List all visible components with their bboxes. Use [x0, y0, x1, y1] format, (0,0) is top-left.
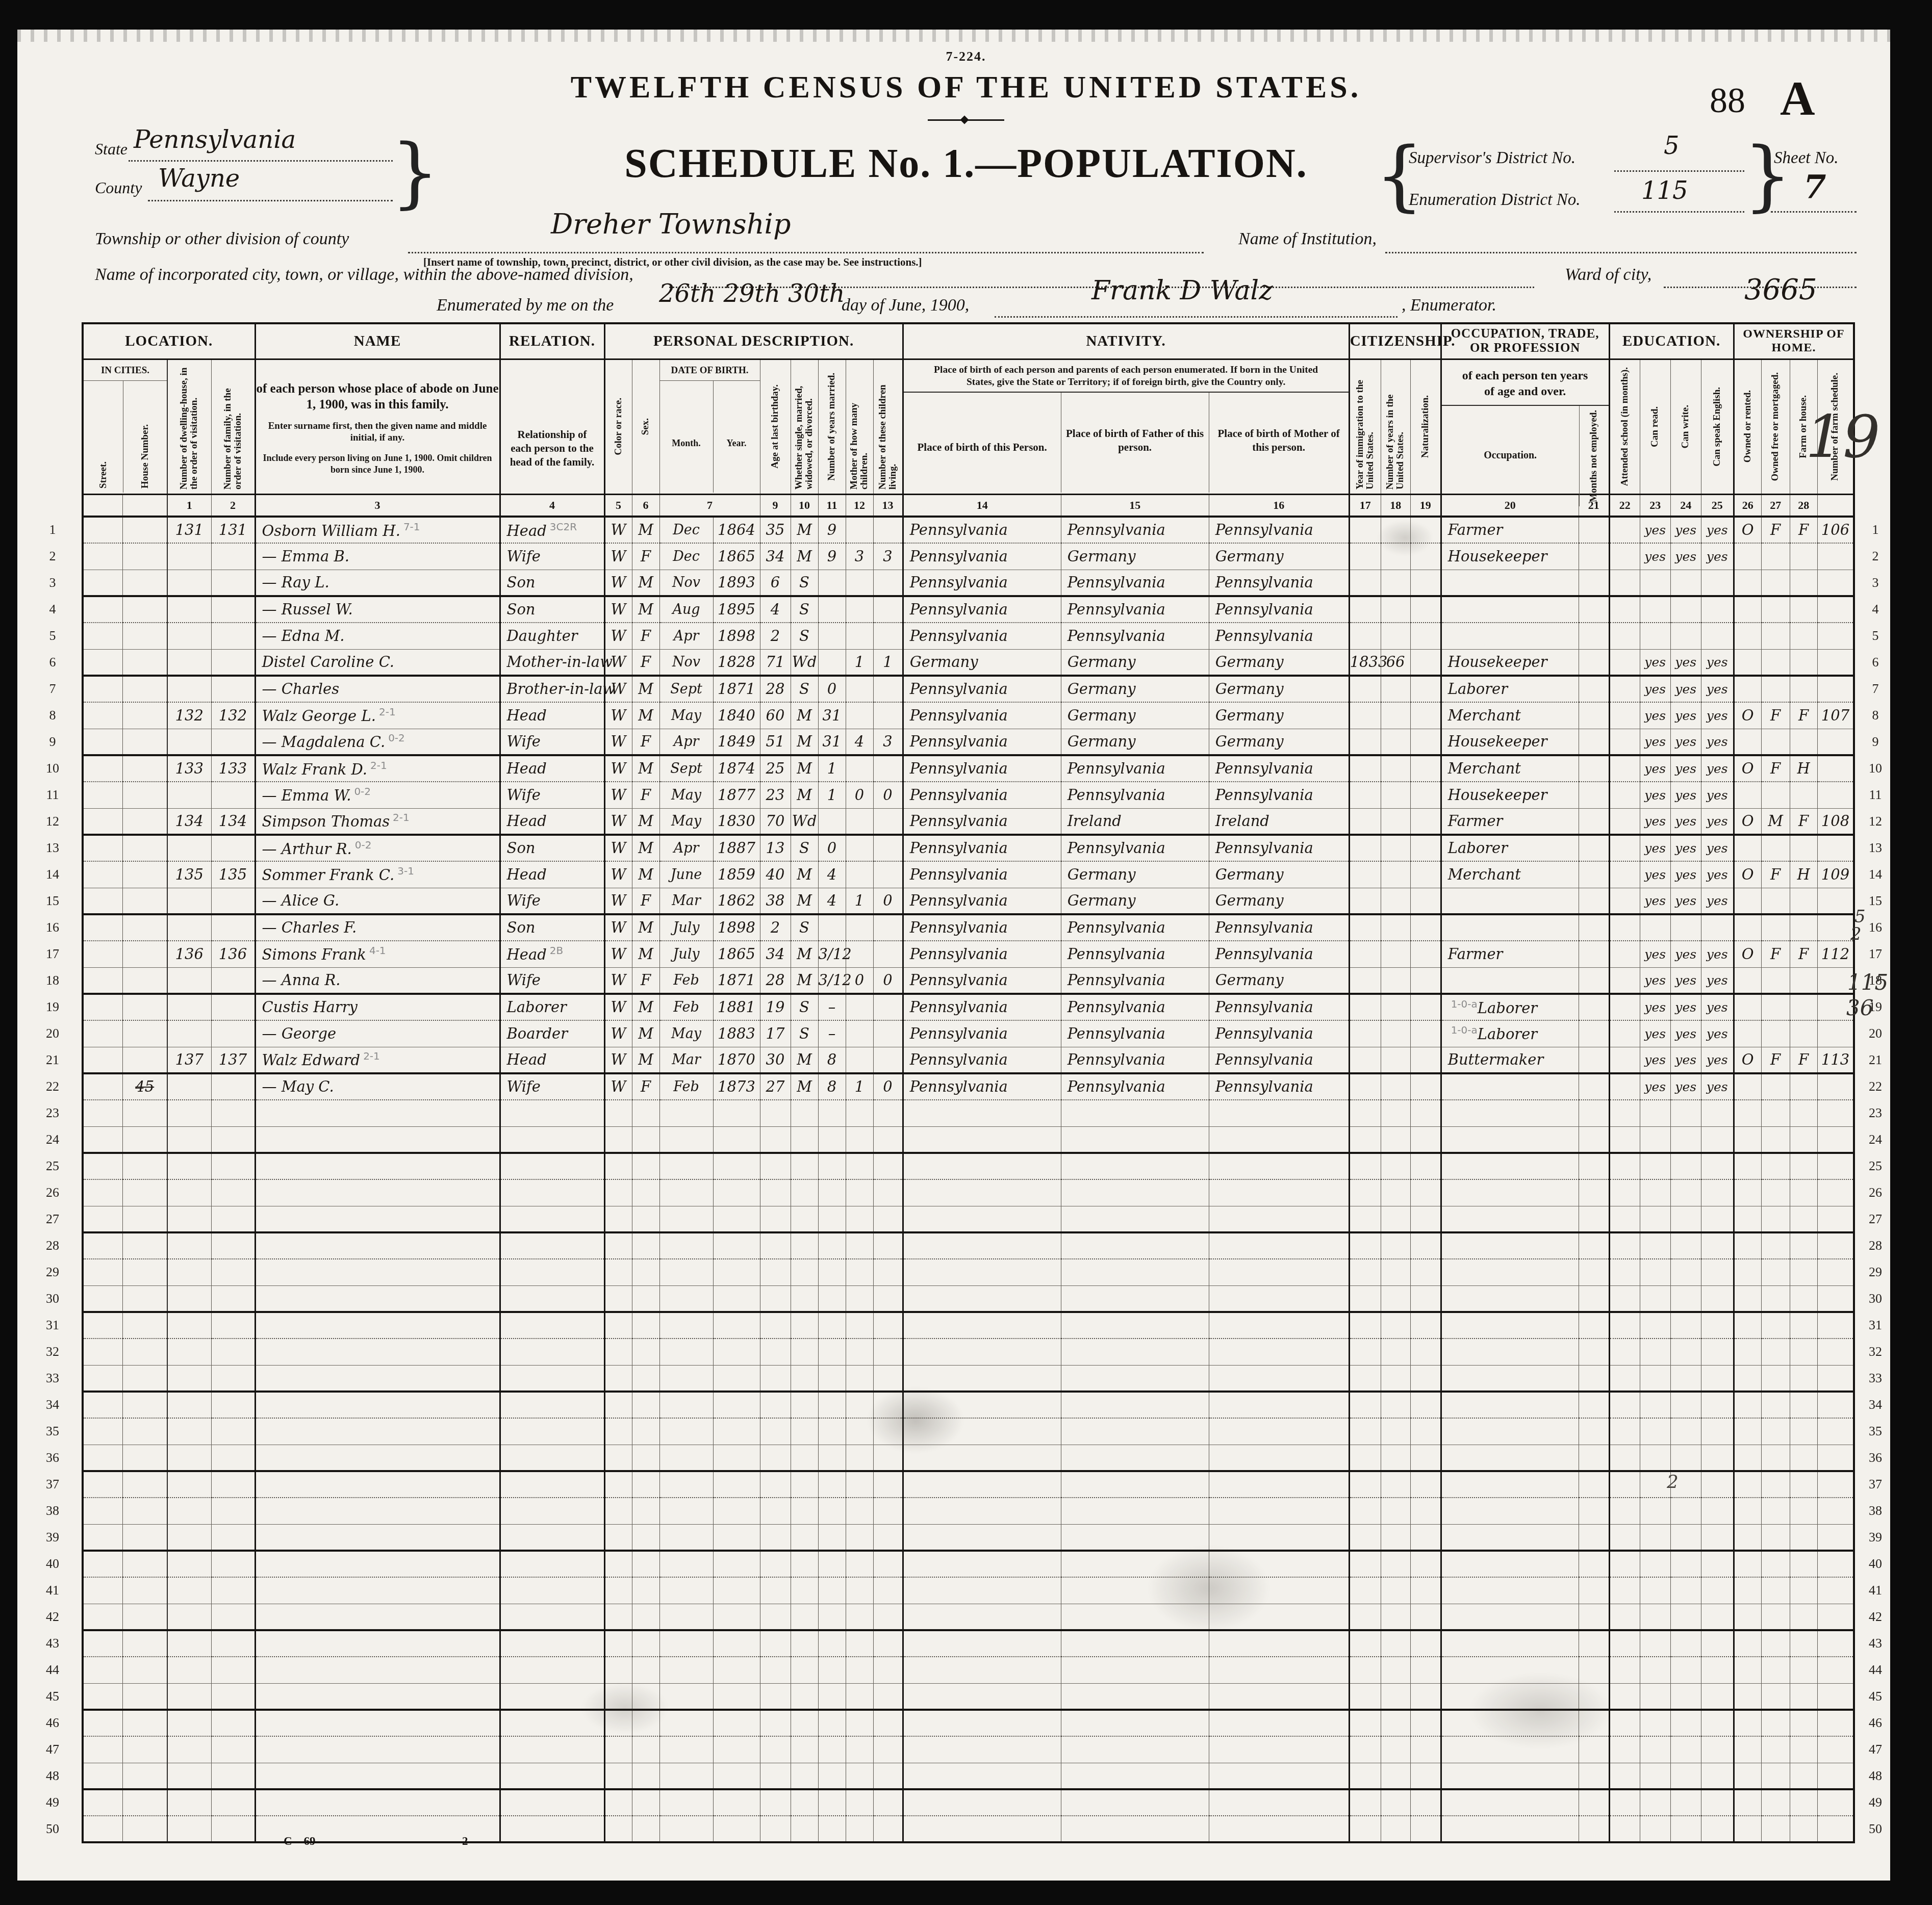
cell-dw — [167, 1338, 211, 1365]
cell-children_living — [873, 861, 903, 888]
cell-month — [659, 1312, 713, 1338]
cell-mother_of: 1 — [846, 888, 873, 914]
cell-immigration — [1349, 888, 1381, 914]
cell-school — [1609, 1047, 1640, 1073]
cell-fam — [211, 1471, 255, 1498]
cell-rel: Wife — [500, 782, 604, 808]
cell-street — [83, 1312, 122, 1338]
cell-immigration — [1349, 1047, 1381, 1073]
cell-months_not — [1579, 517, 1609, 543]
cell-can_read — [1640, 1683, 1670, 1710]
cell-year: 1873 — [713, 1073, 760, 1100]
cell-house — [122, 1471, 167, 1498]
cell-months_not — [1579, 1312, 1609, 1338]
cell-pob_father — [1061, 1259, 1209, 1285]
col-can-speak-english: Can speak English. — [1701, 359, 1734, 494]
cell-years_married — [818, 1630, 846, 1657]
cell-fam — [211, 1683, 255, 1710]
cell-dw — [167, 1657, 211, 1683]
cell-pob_father: Germany — [1061, 649, 1209, 676]
cell-house — [122, 1126, 167, 1153]
column-number: 19 — [1410, 494, 1441, 517]
cell-month — [659, 1365, 713, 1392]
cell-occupation — [1441, 1577, 1579, 1604]
cell-name: — George — [255, 1020, 500, 1047]
cell-marital: M — [791, 543, 818, 570]
enumeration-label: Enumeration District No. — [1409, 191, 1580, 210]
cell-years_married — [818, 1418, 846, 1445]
cell-sex: M — [632, 596, 659, 623]
cell-free — [1761, 1100, 1790, 1126]
cell-farm — [1790, 888, 1817, 914]
cell-naturalization — [1410, 888, 1441, 914]
cell-english: yes — [1701, 543, 1734, 570]
cell-race — [604, 1657, 632, 1683]
cell-race: W — [604, 623, 632, 649]
column-number: 28 — [1790, 494, 1817, 517]
cell-rel: Son — [500, 835, 604, 861]
cell-month — [659, 1816, 713, 1842]
col-years-in-us: Number of years in the United States. — [1381, 359, 1410, 494]
cell-name — [255, 1285, 500, 1312]
row-number-left: 19 — [39, 999, 66, 1015]
cell-months_not — [1579, 1763, 1609, 1789]
col-months-not-employed: Months not employed. — [1589, 406, 1599, 506]
cell-street — [83, 1020, 122, 1047]
table-row: Custis HarryLaborerWMFeb188119S–Pennsylv… — [83, 994, 1854, 1020]
cell-rel — [500, 1498, 604, 1524]
cell-can_write — [1670, 1153, 1701, 1179]
cell-pob_father: Germany — [1061, 676, 1209, 702]
cell-can_write: yes — [1670, 1047, 1701, 1073]
cell-owned — [1734, 1312, 1761, 1338]
cell-pob — [903, 1710, 1061, 1736]
cell-pob_father — [1061, 1789, 1209, 1816]
row-number-right: 9 — [1862, 734, 1889, 750]
cell-fam — [211, 967, 255, 994]
cell-rel — [500, 1657, 604, 1683]
cell-immigration — [1349, 1020, 1381, 1047]
cell-age — [760, 1789, 791, 1816]
cell-mother_of — [846, 1338, 873, 1365]
cell-owned — [1734, 914, 1761, 941]
cell-year: 1828 — [713, 649, 760, 676]
cell-english: yes — [1701, 1020, 1734, 1047]
stamp-number: 3665 — [1744, 273, 1817, 306]
cell-occupation: Housekeeper — [1441, 543, 1579, 570]
row-number-left: 34 — [39, 1397, 66, 1412]
cell-race: W — [604, 543, 632, 570]
cell-school — [1609, 543, 1640, 570]
cell-pob_mother — [1209, 1365, 1349, 1392]
cell-years_married — [818, 808, 846, 835]
cell-fam — [211, 1206, 255, 1232]
cell-owned — [1734, 1577, 1761, 1604]
cell-dw — [167, 596, 211, 623]
cell-mother_of — [846, 1683, 873, 1710]
cell-month — [659, 1604, 713, 1630]
cell-owned — [1734, 1604, 1761, 1630]
cell-occupation: Merchant — [1441, 861, 1579, 888]
cell-school — [1609, 570, 1640, 596]
cell-house — [122, 1604, 167, 1630]
cell-street — [83, 1206, 122, 1232]
cell-english: yes — [1701, 755, 1734, 782]
cell-month: June — [659, 861, 713, 888]
row-number-left: 46 — [39, 1715, 66, 1731]
pencil-annotation: 1-0-a — [1451, 998, 1478, 1010]
cell-rel — [500, 1153, 604, 1179]
cell-school — [1609, 1498, 1640, 1524]
cell-schedule: 107 — [1817, 702, 1854, 729]
cell-fam — [211, 623, 255, 649]
cell-pob_father: Pennsylvania — [1061, 596, 1209, 623]
cell-dw: 133 — [167, 755, 211, 782]
cell-owned — [1734, 1126, 1761, 1153]
cell-pob_father: Pennsylvania — [1061, 941, 1209, 967]
cell-pob — [903, 1683, 1061, 1710]
cell-pob_father: Germany — [1061, 543, 1209, 570]
cell-occupation — [1441, 1259, 1579, 1285]
cell-pob_father: Pennsylvania — [1061, 1020, 1209, 1047]
ink-smudge — [867, 1387, 964, 1453]
cell-pob — [903, 1524, 1061, 1551]
cell-schedule — [1817, 570, 1854, 596]
cell-race — [604, 1736, 632, 1763]
cell-years_us — [1381, 1338, 1410, 1365]
cell-age — [760, 1418, 791, 1445]
cell-street — [83, 1763, 122, 1789]
cell-farm — [1790, 1816, 1817, 1842]
cell-rel — [500, 1100, 604, 1126]
cell-sex — [632, 1126, 659, 1153]
cell-dw — [167, 649, 211, 676]
cell-month: May — [659, 808, 713, 835]
page-title: TWELFTH CENSUS OF THE UNITED STATES. — [571, 69, 1362, 106]
cell-dw — [167, 676, 211, 702]
cell-marital — [791, 1285, 818, 1312]
table-row: 134134Simpson Thomas2-1HeadWMMay183070Wd… — [83, 808, 1854, 835]
cell-fam — [211, 1285, 255, 1312]
cell-fam — [211, 1551, 255, 1577]
cell-months_not — [1579, 1524, 1609, 1551]
cell-schedule — [1817, 1392, 1854, 1418]
cell-pob: Pennsylvania — [903, 702, 1061, 729]
dob-block: DATE OF BIRTH. Month. Year. — [659, 359, 760, 494]
cell-schedule — [1817, 1604, 1854, 1630]
cell-free — [1761, 1285, 1790, 1312]
cell-pob_father: Pennsylvania — [1061, 1047, 1209, 1073]
cell-age — [760, 1338, 791, 1365]
table-row — [83, 1736, 1854, 1763]
cell-pob_father — [1061, 1710, 1209, 1736]
cell-street — [83, 596, 122, 623]
cell-pob_father — [1061, 1763, 1209, 1789]
cell-school — [1609, 888, 1640, 914]
cell-age: 13 — [760, 835, 791, 861]
cell-pob_mother — [1209, 1153, 1349, 1179]
cell-pob_mother — [1209, 1312, 1349, 1338]
cell-street — [83, 1179, 122, 1206]
cell-dw — [167, 1789, 211, 1816]
cell-house — [122, 1100, 167, 1126]
cell-months_not — [1579, 596, 1609, 623]
cell-year: 1893 — [713, 570, 760, 596]
cell-free — [1761, 1498, 1790, 1524]
cell-fam — [211, 543, 255, 570]
cell-dw: 136 — [167, 941, 211, 967]
cell-years_married — [818, 1392, 846, 1418]
cell-age: 4 — [760, 596, 791, 623]
cell-marital — [791, 1365, 818, 1392]
cell-children_living — [873, 1206, 903, 1232]
cell-owned — [1734, 1259, 1761, 1285]
cell-naturalization — [1410, 1206, 1441, 1232]
cell-pob: Pennsylvania — [903, 517, 1061, 543]
cell-year — [713, 1657, 760, 1683]
cell-rel — [500, 1604, 604, 1630]
cell-name — [255, 1524, 500, 1551]
cell-year — [713, 1392, 760, 1418]
row-number-left: 47 — [39, 1742, 66, 1757]
cell-immigration — [1349, 623, 1381, 649]
cell-rel: Son — [500, 596, 604, 623]
cell-marital: M — [791, 941, 818, 967]
cell-rel: Son — [500, 570, 604, 596]
cell-can_read — [1640, 1736, 1670, 1763]
cell-pob — [903, 1206, 1061, 1232]
cell-rel: Wife — [500, 967, 604, 994]
cell-fam — [211, 570, 255, 596]
cell-months_not — [1579, 649, 1609, 676]
cell-can_read: yes — [1640, 782, 1670, 808]
cell-school — [1609, 808, 1640, 835]
cell-name — [255, 1551, 500, 1577]
cell-naturalization — [1410, 861, 1441, 888]
table-row: 133133Walz Frank D.2-1HeadWMSept187425M1… — [83, 755, 1854, 782]
column-number: 1 — [167, 494, 211, 517]
cell-years_married — [818, 1683, 846, 1710]
cell-dw — [167, 1816, 211, 1842]
cell-farm: F — [1790, 1047, 1817, 1073]
cell-marital: S — [791, 835, 818, 861]
cell-farm — [1790, 1657, 1817, 1683]
table-row — [83, 1126, 1854, 1153]
cell-marital — [791, 1179, 818, 1206]
cell-mother_of — [846, 1232, 873, 1259]
cell-occupation: 1-0-aLaborer — [1441, 994, 1579, 1020]
cell-year: 1830 — [713, 808, 760, 835]
enumerator-label: , Enumerator. — [1402, 296, 1496, 315]
cell-can_write — [1670, 1126, 1701, 1153]
cell-sex: M — [632, 570, 659, 596]
cell-rel — [500, 1126, 604, 1153]
cell-sex: F — [632, 729, 659, 755]
pencil-annotation: 0-2 — [354, 785, 371, 797]
cell-children_living — [873, 994, 903, 1020]
cell-occupation — [1441, 1445, 1579, 1471]
cell-years_married — [818, 1259, 846, 1285]
cell-pob — [903, 1551, 1061, 1577]
col-street: Street. — [98, 457, 109, 493]
cell-fam — [211, 1524, 255, 1551]
cell-english — [1701, 1816, 1734, 1842]
cell-marital: M — [791, 888, 818, 914]
cell-name — [255, 1683, 500, 1710]
cell-dw — [167, 1524, 211, 1551]
cell-months_not — [1579, 1259, 1609, 1285]
cell-house — [122, 1445, 167, 1471]
cell-schedule — [1817, 1551, 1854, 1577]
cell-year: 1883 — [713, 1020, 760, 1047]
cell-rel — [500, 1577, 604, 1604]
ink-smudge — [1377, 520, 1433, 556]
cell-year — [713, 1551, 760, 1577]
cell-age — [760, 1206, 791, 1232]
cell-pob: Pennsylvania — [903, 1020, 1061, 1047]
cell-immigration — [1349, 755, 1381, 782]
cell-sex: F — [632, 1073, 659, 1100]
cell-dw: 132 — [167, 702, 211, 729]
cell-mother_of — [846, 861, 873, 888]
cell-street — [83, 994, 122, 1020]
cell-years_us — [1381, 782, 1410, 808]
row-number-left: 17 — [39, 946, 66, 962]
cell-years_us — [1381, 1816, 1410, 1842]
cell-name: Walz George L.2-1 — [255, 702, 500, 729]
cell-children_living — [873, 1100, 903, 1126]
title-divider — [928, 115, 1004, 124]
cell-marital: M — [791, 517, 818, 543]
occupation-desc: of each person ten years of age and over… — [1442, 361, 1609, 406]
cell-immigration — [1349, 1816, 1381, 1842]
cell-fam: 131 — [211, 517, 255, 543]
cell-can_read — [1640, 1206, 1670, 1232]
cell-pob_father — [1061, 1285, 1209, 1312]
row-number-right: 29 — [1862, 1265, 1889, 1280]
cell-pob_mother — [1209, 1816, 1349, 1842]
cell-naturalization — [1410, 1604, 1441, 1630]
col-occupation: Occupation. — [1484, 450, 1537, 506]
cell-occupation: Buttermaker — [1441, 1047, 1579, 1073]
cell-english — [1701, 1285, 1734, 1312]
cell-immigration — [1349, 1392, 1381, 1418]
cell-month — [659, 1498, 713, 1524]
group-location: LOCATION. — [83, 323, 255, 359]
cell-free — [1761, 994, 1790, 1020]
cell-marital — [791, 1232, 818, 1259]
cell-pob_father: Pennsylvania — [1061, 967, 1209, 994]
cell-pob — [903, 1763, 1061, 1789]
cell-english — [1701, 914, 1734, 941]
cell-can_write — [1670, 1604, 1701, 1630]
cell-month — [659, 1126, 713, 1153]
cell-street — [83, 1498, 122, 1524]
cell-pob: Pennsylvania — [903, 967, 1061, 994]
cell-can_write — [1670, 1100, 1701, 1126]
cell-rel: Wife — [500, 888, 604, 914]
cell-children_living: 3 — [873, 543, 903, 570]
cell-mother_of — [846, 1816, 873, 1842]
cell-dw — [167, 1312, 211, 1338]
cell-fam: 133 — [211, 755, 255, 782]
cell-month — [659, 1577, 713, 1604]
cell-rel — [500, 1285, 604, 1312]
cell-farm — [1790, 1073, 1817, 1100]
column-number: 25 — [1701, 494, 1734, 517]
cell-free — [1761, 1816, 1790, 1842]
cell-years_married: 31 — [818, 729, 846, 755]
cell-name — [255, 1763, 500, 1789]
row-number-right: 46 — [1862, 1715, 1889, 1731]
cell-free — [1761, 1789, 1790, 1816]
cell-street — [83, 676, 122, 702]
col-family-number: Number of family, in the order of visita… — [211, 359, 255, 494]
cell-years_us — [1381, 1551, 1410, 1577]
cell-mother_of — [846, 1179, 873, 1206]
cell-name — [255, 1392, 500, 1418]
cell-months_not — [1579, 1577, 1609, 1604]
cell-pob_mother: Germany — [1209, 967, 1349, 994]
cell-school — [1609, 994, 1640, 1020]
cell-month — [659, 1630, 713, 1657]
cell-pob_mother — [1209, 1683, 1349, 1710]
cell-street — [83, 1736, 122, 1763]
row-number-left: 16 — [39, 920, 66, 935]
cell-pob: Pennsylvania — [903, 861, 1061, 888]
cell-dw — [167, 994, 211, 1020]
cell-farm — [1790, 570, 1817, 596]
group-relation: RELATION. — [500, 323, 604, 359]
cell-pob: Pennsylvania — [903, 623, 1061, 649]
cell-occupation — [1441, 1392, 1579, 1418]
cell-years_us — [1381, 623, 1410, 649]
cell-month: Mar — [659, 1047, 713, 1073]
cell-owned — [1734, 596, 1761, 623]
cell-farm — [1790, 1153, 1817, 1179]
cell-farm — [1790, 543, 1817, 570]
cell-pob_mother — [1209, 1418, 1349, 1445]
cell-occupation — [1441, 1498, 1579, 1524]
cell-can_write: yes — [1670, 517, 1701, 543]
cell-schedule: 113 — [1817, 1047, 1854, 1073]
cell-pob_mother: Pennsylvania — [1209, 1073, 1349, 1100]
cell-owned — [1734, 1020, 1761, 1047]
row-number-right: 36 — [1862, 1450, 1889, 1465]
cell-school — [1609, 1630, 1640, 1657]
cell-occupation — [1441, 623, 1579, 649]
cell-street — [83, 1604, 122, 1630]
cell-dw — [167, 1498, 211, 1524]
cell-house — [122, 1524, 167, 1551]
row-number-right: 31 — [1862, 1318, 1889, 1333]
cell-months_not — [1579, 967, 1609, 994]
cell-house — [122, 1710, 167, 1736]
cell-race — [604, 1126, 632, 1153]
cell-month: May — [659, 702, 713, 729]
cell-pob_father: Pennsylvania — [1061, 835, 1209, 861]
cell-sex — [632, 1630, 659, 1657]
cell-race — [604, 1763, 632, 1789]
cell-school — [1609, 1577, 1640, 1604]
cell-can_read: yes — [1640, 967, 1670, 994]
cell-owned — [1734, 1232, 1761, 1259]
column-number: 3 — [255, 494, 500, 517]
cell-free — [1761, 1471, 1790, 1498]
cell-years_married — [818, 1524, 846, 1551]
cell-english — [1701, 1232, 1734, 1259]
cell-months_not — [1579, 1551, 1609, 1577]
